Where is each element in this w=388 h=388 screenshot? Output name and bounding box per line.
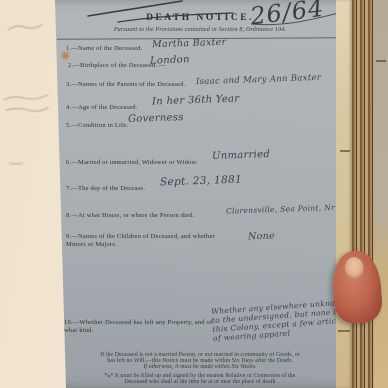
handwritten-birthplace: London xyxy=(150,54,190,66)
page-edge-ragged-band xyxy=(352,0,374,388)
ink-stain xyxy=(62,52,69,59)
field-label-children: 9.—Names of the Children of Deceased, an… xyxy=(66,233,216,249)
field-label-property: 10.—Whether Deceased has left any Proper… xyxy=(64,319,224,335)
document-subtitle: Pursuant to the Provisions contained in … xyxy=(58,27,342,33)
footer-note-line: Deceased who shall at the time be at or … xyxy=(58,379,342,385)
field-label-place-of-death: 8.—At what House, or where the Person di… xyxy=(66,212,194,220)
fingernail xyxy=(344,257,364,280)
death-notice-page: 26/64 DEATH NOTICE. Pursuant to the Prov… xyxy=(0,0,388,388)
page-edge-outer-band xyxy=(374,0,388,388)
handwritten-parents-names: Isaac and Mary Ann Baxter xyxy=(196,73,322,87)
edge-mark xyxy=(340,150,350,152)
field-label-parents-names: 3.—Names of the Parents of the Deceased. xyxy=(66,81,186,89)
field-label-age: 4.—Age of the Deceased. xyxy=(66,104,138,112)
handwritten-name-of-deceased: Martha Baxter xyxy=(152,37,227,51)
footer-note-line: If otherwise, it must be made within Six… xyxy=(58,364,342,370)
document-title: DEATH NOTICE. xyxy=(58,13,342,23)
handwritten-condition-in-life: Governess xyxy=(128,112,184,125)
handwritten-children: None xyxy=(248,231,275,243)
book-page-edges xyxy=(336,0,388,388)
edge-mark xyxy=(338,330,350,332)
handwritten-age: In her 36th Year xyxy=(152,93,240,107)
field-label-day-of-decease: 7.—The day of the Decease. xyxy=(66,185,145,193)
field-label-name-of-deceased: 1.—Name of the Deceased. xyxy=(66,45,142,53)
ink-speck xyxy=(41,305,44,309)
handwritten-day-of-decease: Sept. 23, 1881 xyxy=(160,174,242,189)
edge-mark xyxy=(376,60,386,62)
photographed-death-notice: 26/64 DEATH NOTICE. Pursuant to the Prov… xyxy=(0,0,388,388)
handwritten-marital-status: Unmarried xyxy=(212,149,270,162)
field-label-marital-status: 6.—Married or unmarried, Widower or Wido… xyxy=(66,159,198,167)
field-label-condition-in-life: 5.—Condition in Life. xyxy=(66,122,128,130)
